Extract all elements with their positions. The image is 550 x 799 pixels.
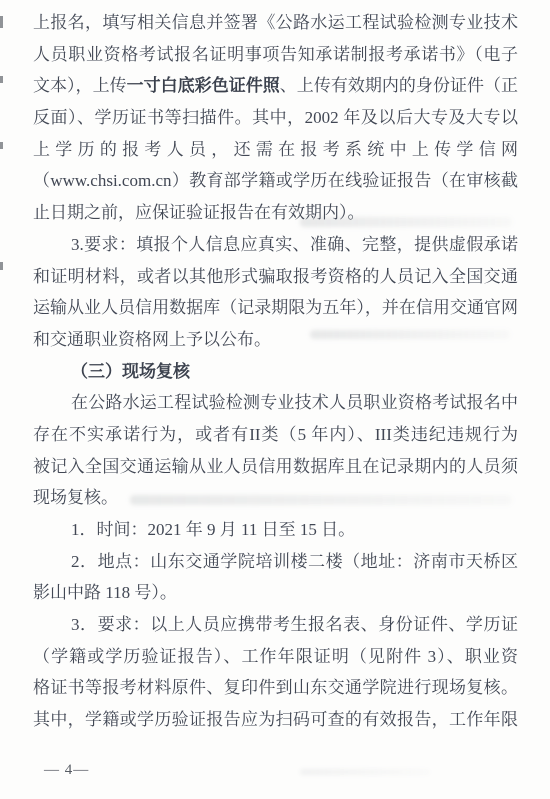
page-number: — 4— [44, 761, 89, 779]
text-segment: 文本），上传 [33, 76, 127, 95]
document-text-block: 上报名，填写相关信息并签署《公路水运工程试验检测专业技术 人员职业资格考试报名证… [33, 7, 518, 736]
text-line: 存在不实承诺行为，或者有II类（5 年内）、III类违纪违规行为 [33, 419, 518, 451]
text-segment: 、上传有效期内的身份证件（正 [280, 76, 518, 95]
text-line: 人员职业资格考试报名证明事项告知承诺制报考承诺书》（电子 [33, 39, 518, 71]
text-line: 上报名，填写相关信息并签署《公路水运工程试验检测专业技术 [33, 7, 518, 39]
text-line: 上学历的报考人员，还需在报考系统中上传学信网 [33, 134, 518, 166]
text-line: 被记入全国交通运输从业人员信用数据库且在记录期内的人员须 [33, 451, 518, 483]
text-line: 和交通职业资格网上予以公布。 [33, 324, 518, 356]
text-line: （www.chsi.com.cn）教育部学籍或学历在线验证报告（在审核截 [33, 165, 518, 197]
list-item-requirements: 3．要求：以上人员应携带考生报名表、身份证件、学历证书 [33, 609, 518, 641]
text-line: 影山中路 118 号）。 [33, 577, 518, 609]
text-line: 文本），上传一寸白底彩色证件照、上传有效期内的身份证件（正 [33, 70, 518, 102]
section-heading-onsite-review: （三）现场复核 [33, 356, 518, 388]
text-line: 反面）、学历证书等扫描件。其中，2002 年及以后大专及大专以 [33, 102, 518, 134]
bold-photo-requirement-text: 一寸白底彩色证件照 [127, 76, 280, 95]
scan-edge-artifact [0, 16, 3, 28]
text-line: 其中，学籍或学历验证报告应为扫码可查的有效报告，工作年限 [33, 704, 518, 736]
scan-edge-artifact [0, 142, 3, 149]
text-line-paragraph-start: 3.要求：填报个人信息应真实、准确、完整，提供虚假承诺 [33, 229, 518, 261]
scan-smudge-artifact [300, 769, 430, 775]
scan-edge-artifact [0, 76, 3, 83]
list-item-location: 2．地点：山东交通学院培训楼二楼（地址：济南市天桥区无 [33, 546, 518, 578]
list-item-time: 1．时间：2021 年 9 月 11 日至 15 日。 [33, 514, 518, 546]
text-line: （学籍或学历验证报告）、工作年限证明（见附件 3）、职业资 [33, 641, 518, 673]
text-line-paragraph-start: 在公路水运工程试验检测专业技术人员职业资格考试报名中 [33, 387, 518, 419]
document-page: 上报名，填写相关信息并签署《公路水运工程试验检测专业技术 人员职业资格考试报名证… [0, 0, 550, 799]
scan-edge-artifact [0, 262, 3, 270]
scan-smudge-artifact [130, 495, 512, 505]
text-line: 格证书等报考材料原件、复印件到山东交通学院进行现场复核。 [33, 672, 518, 704]
text-line: 和证明材料，或者以其他形式骗取报考资格的人员记入全国交通 [33, 261, 518, 293]
scan-smudge-artifact [310, 330, 510, 339]
scan-smudge-artifact [300, 217, 512, 227]
text-line: 运输从业人员信用数据库（记录期限为五年），并在信用交通官网 [33, 292, 518, 324]
